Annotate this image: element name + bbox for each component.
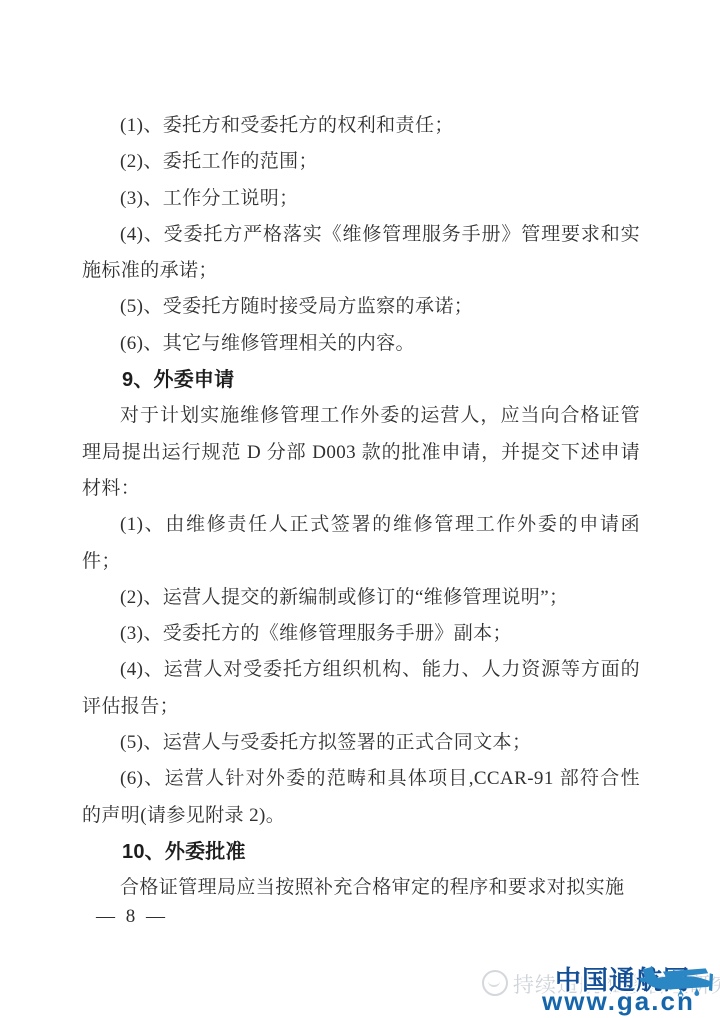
section-heading: 9、外委申请 xyxy=(82,362,640,398)
doc-line: (4)、运营人对受委托方组织机构、能力、人力资源等方面的评估报告； xyxy=(82,652,640,725)
doc-paragraph: 对于计划实施维修管理工作外委的运营人，应当向合格证管理局提出运行规范 D 分部 … xyxy=(82,398,640,507)
doc-line: (3)、工作分工说明； xyxy=(82,181,640,217)
footer-watermark: 持续适航维修管理研究 中国通航网 www.ga.cn xyxy=(420,954,720,1018)
section-heading: 10、外委批准 xyxy=(82,834,640,870)
doc-line: (2)、运营人提交的新编制或修订的“维修管理说明”； xyxy=(82,580,640,616)
document-body: (1)、委托方和受委托方的权利和责任； (2)、委托工作的范围； (3)、工作分… xyxy=(82,108,640,907)
doc-line: (5)、运营人与受委托方拟签署的正式合同文本； xyxy=(82,725,640,761)
doc-line: (2)、委托工作的范围； xyxy=(82,144,640,180)
doc-line: (4)、受委托方严格落实《维修管理服务手册》管理要求和实施标准的承诺； xyxy=(82,217,640,290)
page-number: — 8 — xyxy=(96,906,168,928)
doc-line: (6)、其它与维修管理相关的内容。 xyxy=(82,326,640,362)
brand-url: www.ga.cn xyxy=(542,986,695,1017)
doc-line: (6)、运营人针对外委的范畴和具体项目,CCAR-91 部符合性的声明(请参见附… xyxy=(82,761,640,834)
document-page: (1)、委托方和受委托方的权利和责任； (2)、委托工作的范围； (3)、工作分… xyxy=(0,0,720,1018)
doc-line: (5)、受委托方随时接受局方监察的承诺； xyxy=(82,289,640,325)
doc-line: (1)、由维修责任人正式签署的维修管理工作外委的申请函件； xyxy=(82,507,640,580)
watermark-emblem-icon xyxy=(482,970,508,996)
doc-line: (3)、受委托方的《维修管理服务手册》副本； xyxy=(82,616,640,652)
doc-line: (1)、委托方和受委托方的权利和责任； xyxy=(82,108,640,144)
doc-paragraph: 合格证管理局应当按照补充合格审定的程序和要求对拟实施 xyxy=(82,870,640,906)
